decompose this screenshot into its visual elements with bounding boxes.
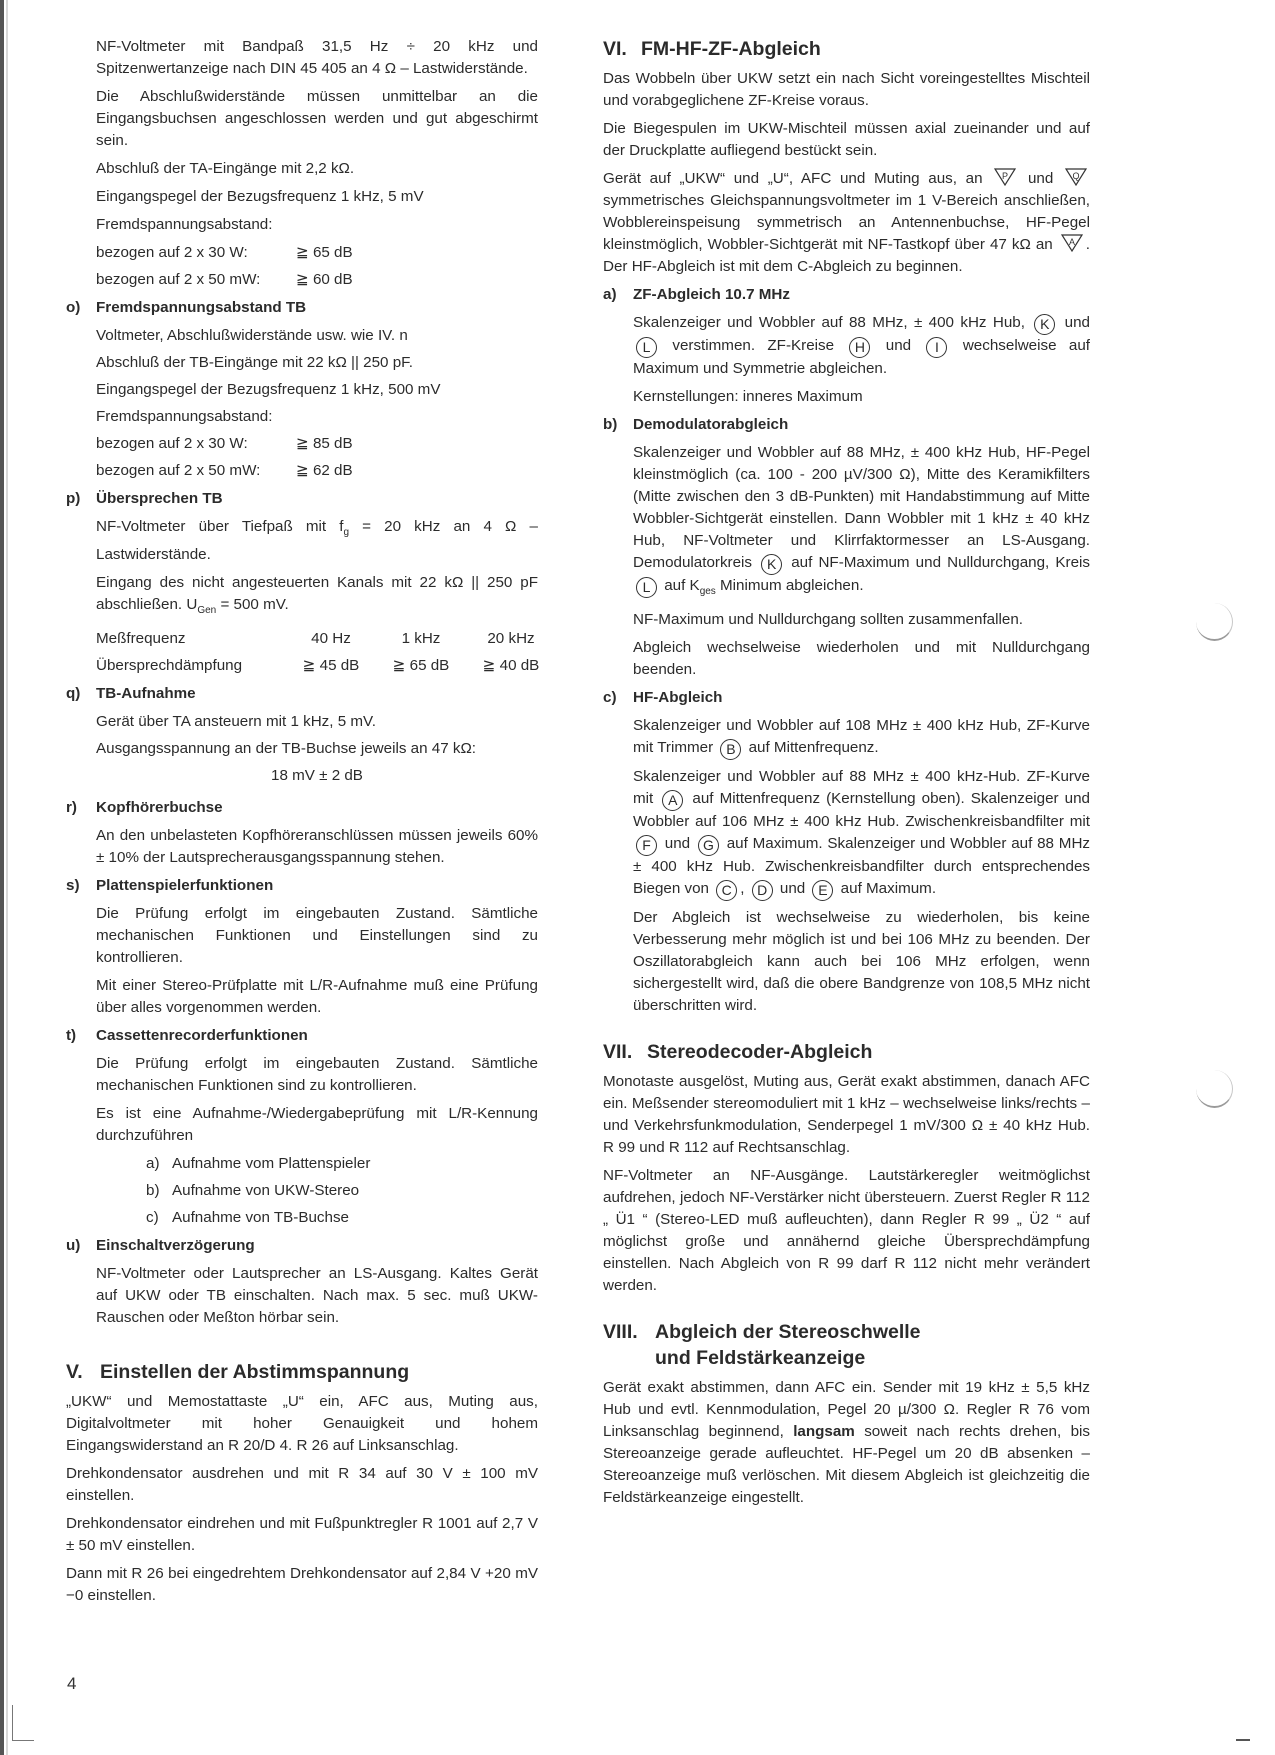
crop-mark — [12, 1740, 34, 1741]
text-paragraph: Es ist eine Aufnahme-/Wiedergabeprüfung … — [66, 1103, 538, 1147]
subsection-heading-o: o)Fremdspannungsabstand TB — [66, 297, 538, 319]
svg-text:P: P — [1002, 171, 1008, 181]
text-paragraph: Eingang des nicht angesteuerten Kanals m… — [66, 572, 538, 622]
text-paragraph: Monotaste ausgelöst, Muting aus, Gerät e… — [603, 1071, 1090, 1159]
text-line: Fremdspannungsabstand: — [96, 406, 538, 428]
text-paragraph: Das Wobbeln über UKW setzt ein nach Sich… — [603, 68, 1090, 112]
adjustment-point-circle-icon: L — [636, 577, 657, 598]
intro-text: Fremdspannungsabstand: — [66, 214, 538, 236]
subsection-heading-b: b)Demodulatorabgleich — [603, 414, 1090, 436]
adjustment-point-circle-icon: E — [812, 880, 833, 901]
text-paragraph: Die Prüfung erfolgt im eingebauten Zusta… — [66, 903, 538, 969]
crosstalk-table-row: Übersprechdämpfung ≧ 45 dB ≧ 65 dB ≧ 40 … — [96, 655, 538, 677]
output-voltage-value: 18 mV ± 2 dB — [96, 765, 538, 787]
right-column: VI.FM-HF-ZF-Abgleich Das Wobbeln über UK… — [603, 36, 1090, 1515]
adjustment-point-circle-icon: K — [761, 554, 782, 575]
text-paragraph: Dann mit R 26 bei eingedrehtem Drehkonde… — [66, 1563, 538, 1607]
text-paragraph: Die Biegespulen im UKW-Mischteil müssen … — [603, 118, 1090, 162]
punch-hole-lower — [1196, 1070, 1233, 1108]
text-paragraph: Gerät auf „UKW“ und „U“, AFC und Muting … — [603, 168, 1090, 278]
adjustment-point-circle-icon: H — [849, 337, 870, 358]
text-paragraph: Drehkondensator ausdrehen und mit R 34 a… — [66, 1463, 538, 1507]
adjustment-point-circle-icon: I — [926, 337, 947, 358]
text-paragraph: NF-Voltmeter über Tiefpaß mit fg = 20 kH… — [66, 516, 538, 566]
test-point-triangle-icon: P — [994, 168, 1016, 186]
crop-mark — [12, 1705, 13, 1741]
adjustment-point-circle-icon: A — [662, 790, 683, 811]
binding-edge — [0, 0, 4, 1755]
list-item: b)Aufnahme von UKW-Stereo — [146, 1180, 538, 1202]
section-heading-v: V.Einstellen der Abstimmspannung — [66, 1359, 538, 1385]
recording-test-list: a)Aufnahme vom Plattenspieler b)Aufnahme… — [146, 1153, 538, 1229]
text-paragraph: NF-Maximum und Nulldurchgang sollten zus… — [603, 609, 1090, 631]
text-paragraph: Die Prüfung erfolgt im eingebauten Zusta… — [66, 1053, 538, 1097]
text-paragraph: Der Abgleich ist wechselweise zu wiederh… — [603, 907, 1090, 1017]
intro-text: Eingangspegel der Bezugsfrequenz 1 kHz, … — [66, 186, 538, 208]
adjustment-point-circle-icon: D — [752, 880, 773, 901]
text-line: Abschluß der TB-Eingänge mit 22 kΩ || 25… — [96, 352, 538, 374]
spec-row: bezogen auf 2 x 30 W:≧ 65 dB — [96, 242, 538, 264]
list-item: c)Aufnahme von TB-Buchse — [146, 1207, 538, 1229]
spec-row: bezogen auf 2 x 30 W:≧ 85 dB — [96, 433, 538, 455]
spec-row: bezogen auf 2 x 50 mW:≧ 60 dB — [96, 269, 538, 291]
spec-row: bezogen auf 2 x 50 mW:≧ 62 dB — [96, 460, 538, 482]
text-paragraph: NF-Voltmeter oder Lautsprecher an LS-Aus… — [66, 1263, 538, 1329]
text-line: Voltmeter, Abschlußwiderstände usw. wie … — [96, 325, 538, 347]
binding-edge-shadow — [6, 0, 8, 1755]
adjustment-point-circle-icon: K — [1034, 314, 1055, 335]
text-paragraph: „UKW“ und Memostattaste „U“ ein, AFC aus… — [66, 1391, 538, 1457]
intro-text: Abschluß der TA-Eingänge mit 2,2 kΩ. — [66, 158, 538, 180]
subsection-heading-s: s)Plattenspielerfunktionen — [66, 875, 538, 897]
text-paragraph: Mit einer Stereo-Prüfplatte mit L/R-Aufn… — [66, 975, 538, 1019]
crop-mark — [1236, 1739, 1250, 1741]
adjustment-point-circle-icon: C — [716, 880, 737, 901]
text-paragraph: An den unbelasteten Kopfhöreranschlüssen… — [66, 825, 538, 869]
subsection-heading-r: r)Kopfhörerbuchse — [66, 797, 538, 819]
text-paragraph: Skalenzeiger und Wobbler auf 88 MHz, ± 4… — [603, 442, 1090, 603]
intro-text: NF-Voltmeter mit Bandpaß 31,5 Hz ÷ 20 kH… — [66, 36, 538, 80]
left-column: NF-Voltmeter mit Bandpaß 31,5 Hz ÷ 20 kH… — [66, 36, 538, 1613]
adjustment-point-circle-icon: B — [720, 739, 741, 760]
text-paragraph: NF-Voltmeter an NF-Ausgänge. Lautstärker… — [603, 1165, 1090, 1297]
adjustment-point-circle-icon: F — [636, 835, 657, 856]
subsection-heading-a: a)ZF-Abgleich 10.7 MHz — [603, 284, 1090, 306]
text-paragraph: Gerät exakt abstimmen, dann AFC ein. Sen… — [603, 1377, 1090, 1509]
section-heading-vii: VII.Stereodecoder-Abgleich — [603, 1039, 1090, 1065]
text-line: Eingangspegel der Bezugsfrequenz 1 kHz, … — [96, 379, 538, 401]
test-point-triangle-icon: A — [1061, 234, 1083, 252]
svg-text:A: A — [1069, 237, 1075, 247]
text-paragraph: Skalenzeiger und Wobbler auf 108 MHz ± 4… — [603, 715, 1090, 760]
list-item: a)Aufnahme vom Plattenspieler — [146, 1153, 538, 1175]
subsection-heading-q: q)TB-Aufnahme — [66, 683, 538, 705]
svg-text:Q: Q — [1073, 171, 1080, 181]
page-number: 4 — [67, 1674, 76, 1694]
section-heading-viii: VIII.Abgleich der Stereoschwelle und Fel… — [603, 1319, 1090, 1371]
text-line: Kernstellungen: inneres Maximum — [633, 386, 1090, 408]
subsection-heading-p: p)Übersprechen TB — [66, 488, 538, 510]
crosstalk-table-header: Meßfrequenz 40 Hz 1 kHz 20 kHz — [96, 628, 538, 650]
subsection-heading-t: t)Cassettenrecorderfunktionen — [66, 1025, 538, 1047]
intro-text: Die Abschlußwiderstände müssen unmittelb… — [66, 86, 538, 152]
text-paragraph: Skalenzeiger und Wobbler auf 88 MHz, ± 4… — [603, 312, 1090, 380]
text-paragraph: Drehkondensator eindrehen und mit Fußpun… — [66, 1513, 538, 1557]
text-line: Ausgangsspannung an der TB-Buchse jeweil… — [96, 738, 538, 760]
text-paragraph: Abgleich wechselweise wiederholen und mi… — [603, 637, 1090, 681]
adjustment-point-circle-icon: G — [698, 835, 719, 856]
subsection-heading-u: u)Einschaltverzögerung — [66, 1235, 538, 1257]
adjustment-point-circle-icon: L — [636, 337, 657, 358]
section-heading-vi: VI.FM-HF-ZF-Abgleich — [603, 36, 1090, 62]
text-line: Gerät über TA ansteuern mit 1 kHz, 5 mV. — [96, 711, 538, 733]
test-point-triangle-icon: Q — [1065, 168, 1087, 186]
punch-hole-upper — [1196, 603, 1233, 641]
text-paragraph: Skalenzeiger und Wobbler auf 88 MHz ± 40… — [603, 766, 1090, 901]
subsection-heading-c: c)HF-Abgleich — [603, 687, 1090, 709]
